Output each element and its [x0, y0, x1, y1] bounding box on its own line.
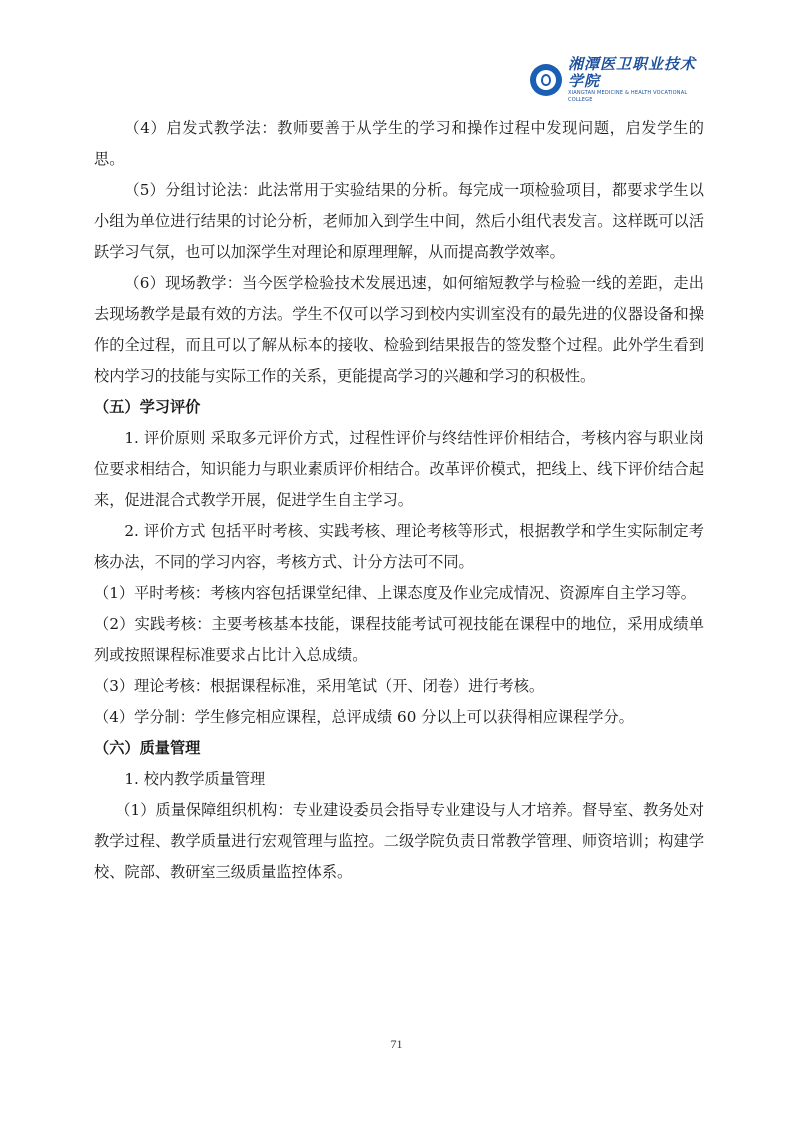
page-number: 71	[0, 1037, 793, 1052]
header-logo: 湘潭医卫职业技术学院 XIANGTAN MEDICINE & HEALTH VO…	[530, 63, 710, 97]
paragraph-practical-assessment: （2）实践考核：主要考核基本技能，课程技能考试可视技能在课程中的地位，采用成绩单…	[94, 609, 704, 671]
college-emblem-icon	[530, 64, 562, 96]
paragraph-heuristic-teaching: （4）启发式教学法：教师要善于从学生的学习和操作过程中发现问题，启发学生的思。	[94, 113, 704, 175]
logo-text: 湘潭医卫职业技术学院 XIANGTAN MEDICINE & HEALTH VO…	[568, 56, 710, 104]
paragraph-group-discussion: （5）分组讨论法：此法常用于实验结果的分析。每完成一项检验项目，都要求学生以小组…	[94, 175, 704, 268]
section-heading-learning-evaluation: （五）学习评价	[94, 392, 704, 423]
paragraph-onsite-teaching: （6）现场教学：当今医学检验技术发展迅速，如何缩短教学与检验一线的差距，走出去现…	[94, 268, 704, 392]
paragraph-theory-assessment: （3）理论考核：根据课程标准，采用笔试（开、闭卷）进行考核。	[94, 671, 704, 702]
section-heading-quality-management: （六）质量管理	[94, 733, 704, 764]
paragraph-internal-quality-management: 1. 校内教学质量管理	[94, 764, 704, 795]
paragraph-evaluation-method: 2. 评价方式 包括平时考核、实践考核、理论考核等形式，根据教学和学生实际制定考…	[94, 516, 704, 578]
paragraph-evaluation-principle: 1. 评价原则 采取多元评价方式，过程性评价与终结性评价相结合，考核内容与职业岗…	[94, 423, 704, 516]
paragraph-regular-assessment: （1）平时考核：考核内容包括课堂纪律、上课态度及作业完成情况、资源库自主学习等。	[94, 578, 704, 609]
logo-chinese-name: 湘潭医卫职业技术学院	[568, 56, 710, 90]
paragraph-quality-assurance-organization: （1）质量保障组织机构：专业建设委员会指导专业建设与人才培养。督导室、教务处对教…	[94, 795, 704, 888]
document-body: （4）启发式教学法：教师要善于从学生的学习和操作过程中发现问题，启发学生的思。 …	[94, 113, 704, 888]
logo-english-name: XIANGTAN MEDICINE & HEALTH VOCATIONAL CO…	[568, 90, 710, 104]
paragraph-credit-system: （4）学分制：学生修完相应课程，总评成绩 60 分以上可以获得相应课程学分。	[94, 702, 704, 733]
